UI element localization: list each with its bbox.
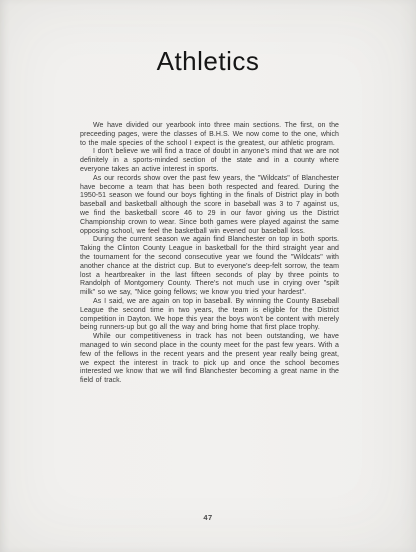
body-text: We have divided our yearbook into three … bbox=[80, 122, 339, 386]
page-number: 47 bbox=[0, 513, 416, 522]
paragraph: As I said, we are again on top in baseba… bbox=[80, 298, 339, 333]
paragraph: As our records show over the past few ye… bbox=[80, 175, 339, 237]
paragraph: We have divided our yearbook into three … bbox=[80, 122, 339, 148]
paragraph: During the current season we again find … bbox=[80, 236, 339, 298]
yearbook-page: Athletics We have divided our yearbook i… bbox=[0, 0, 416, 552]
paragraph: I don't believe we will find a trace of … bbox=[80, 148, 339, 174]
page-title: Athletics bbox=[0, 46, 416, 77]
paragraph: While our competitiveness in track has n… bbox=[80, 333, 339, 386]
